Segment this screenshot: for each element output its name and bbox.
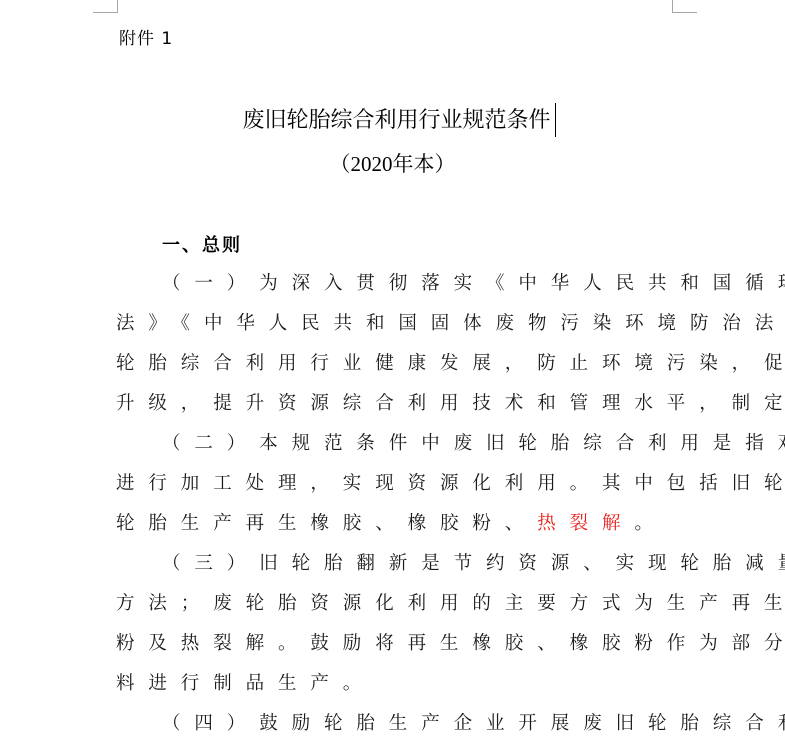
- document-title: 废旧轮胎综合利用行业规范条件: [242, 108, 550, 133]
- text-cursor: [555, 103, 556, 137]
- subtitle-close-paren: ）: [435, 152, 456, 176]
- subtitle-text: 年本: [393, 152, 435, 176]
- document-subtitle: （2020年本）: [0, 148, 785, 178]
- section-heading: 一、总则: [162, 231, 242, 257]
- body-text: 轮胎生产再生橡胶、橡胶粉、: [116, 513, 537, 534]
- document-body[interactable]: （一）为深入贯彻落实《中华人民共和国循环经济促进 法》《中华人民共和国固体废物污…: [116, 264, 676, 742]
- attachment-label: 附件 1: [119, 24, 173, 49]
- body-line: （四）鼓励轮胎生产企业开展废旧轮胎综合利用。: [116, 704, 676, 742]
- page-corner-mark-left: [93, 0, 118, 13]
- page-corner-mark-right: [672, 0, 697, 13]
- body-line-with-highlight: 轮胎生产再生橡胶、橡胶粉、热裂解。: [116, 504, 676, 544]
- body-line: （一）为深入贯彻落实《中华人民共和国循环经济促进: [116, 264, 676, 304]
- body-line: （二）本规范条件中废旧轮胎综合利用是指对废旧轮胎: [116, 424, 676, 464]
- document-title-wrap[interactable]: 废旧轮胎综合利用行业规范条件: [242, 103, 550, 134]
- subtitle-open-paren: （: [330, 152, 351, 176]
- body-line: 轮胎综合利用行业健康发展，防止环境污染，促进产业优化: [116, 344, 676, 384]
- body-line: 方法；废轮胎资源化利用的主要方式为生产再生橡胶、橡胶: [116, 584, 676, 624]
- body-line: （三）旧轮胎翻新是节约资源、实现轮胎减量化的首选: [116, 544, 676, 584]
- highlighted-text: 热裂解: [537, 513, 634, 534]
- body-line: 料进行制品生产。: [116, 664, 676, 704]
- body-line: 粉及热裂解。鼓励将再生橡胶、橡胶粉作为部分或全部原材: [116, 624, 676, 664]
- body-line: 升级，提升资源综合利用技术和管理水平，制定本规范条件。: [116, 384, 676, 424]
- body-line: 法》《中华人民共和国固体废物污染环境防治法》，引导废旧: [116, 304, 676, 344]
- document-title-row: 废旧轮胎综合利用行业规范条件: [0, 103, 785, 134]
- body-line: 进行加工处理，实现资源化利用。其中包括旧轮胎翻新，废: [116, 464, 676, 504]
- subtitle-year: 2020: [351, 152, 393, 176]
- body-text: 。: [634, 513, 666, 534]
